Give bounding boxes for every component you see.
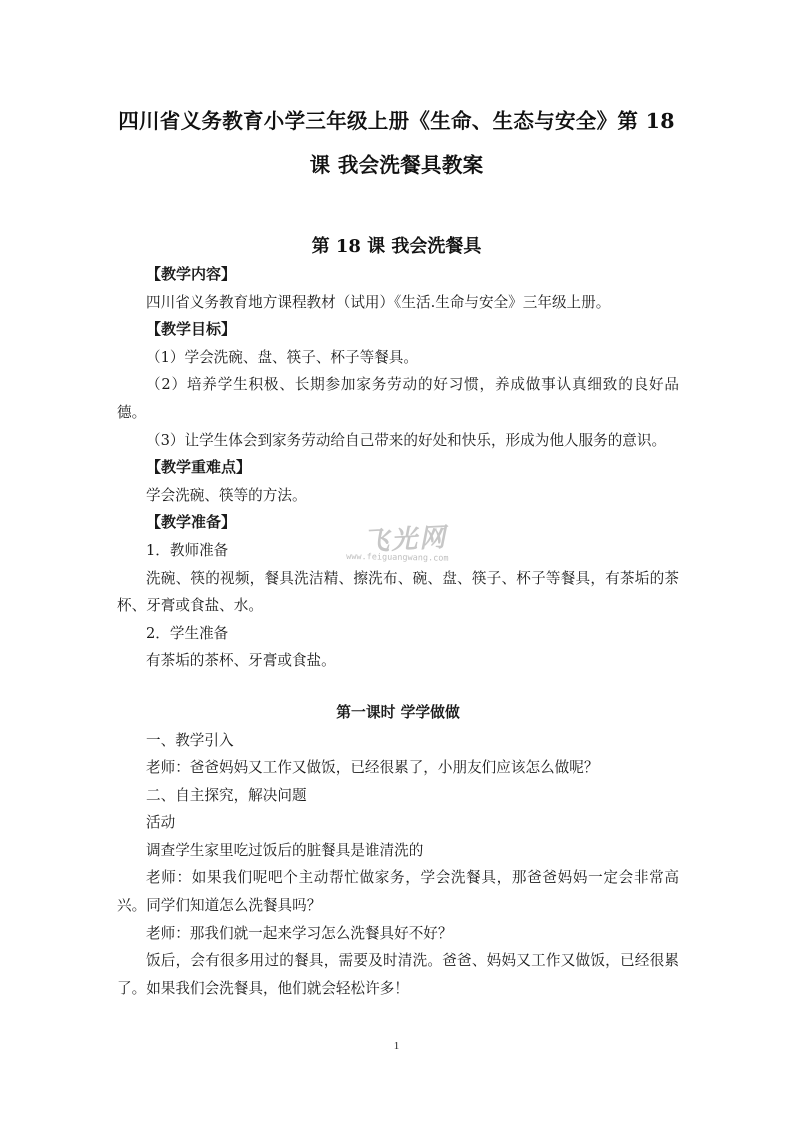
- period-paragraph: 调查学生家里吃过饭后的脏餐具是谁清洗的: [117, 837, 679, 865]
- student-prep-heading: 2．学生准备: [117, 620, 679, 648]
- content-text: 四川省义务教育地方课程教材（试用）《生活.生命与安全》三年级上册。: [117, 289, 679, 317]
- period-paragraph: 老师：爸爸妈妈又工作又做饭，已经很累了，小朋友们应该怎么做呢？: [117, 754, 679, 782]
- period-paragraph: 二、自主探究，解决问题: [117, 782, 679, 810]
- teacher-prep-heading: 1．教师准备: [117, 537, 679, 565]
- section-label-goals: 【教学目标】: [117, 316, 679, 344]
- student-prep-text: 有茶垢的茶杯、牙膏或食盐。: [117, 647, 679, 675]
- goal-item-3: （3）让学生体会到家务劳动给自己带来的好处和快乐，形成为他人服务的意识。: [117, 427, 679, 455]
- section-label-key-points: 【教学重难点】: [117, 454, 679, 482]
- goal-item-2: （2）培养学生积极、长期参加家务劳动的好习惯，养成做事认真细致的良好品德。: [117, 371, 679, 426]
- period-paragraph: 一、教学引入: [117, 727, 679, 755]
- lesson-body: 【教学内容】 四川省义务教育地方课程教材（试用）《生活.生命与安全》三年级上册。…: [117, 261, 679, 1002]
- page-number: 1: [0, 1040, 793, 1052]
- period-paragraph: 老师：那我们就一起来学习怎么洗餐具好不好？: [117, 920, 679, 948]
- section-spacer: [117, 675, 679, 699]
- teacher-prep-text: 洗碗、筷的视频，餐具洗洁精、擦洗布、碗、盘、筷子、杯子等餐具，有茶垢的茶杯、牙膏…: [117, 565, 679, 620]
- period-one-title: 第一课时 学学做做: [117, 699, 679, 727]
- key-points-text: 学会洗碗、筷等的方法。: [117, 482, 679, 510]
- lesson-heading: 第 18 课 我会洗餐具: [0, 232, 793, 258]
- period-paragraph: 饭后，会有很多用过的餐具，需要及时清洗。爸爸、妈妈又工作又做饭，已经很累了。如果…: [117, 947, 679, 1002]
- period-paragraph: 活动: [117, 809, 679, 837]
- goal-item-1: （1）学会洗碗、盘、筷子、杯子等餐具。: [117, 344, 679, 372]
- section-label-preparation: 【教学准备】: [117, 509, 679, 537]
- document-title-line1: 四川省义务教育小学三年级上册《生命、生态与安全》第 18: [100, 104, 693, 134]
- document-title-line2: 课 我会洗餐具教案: [100, 148, 693, 178]
- document-page: 四川省义务教育小学三年级上册《生命、生态与安全》第 18 课 我会洗餐具教案 第…: [0, 0, 793, 1122]
- section-label-content: 【教学内容】: [117, 261, 679, 289]
- period-paragraph: 老师：如果我们呢吧个主动帮忙做家务，学会洗餐具，那爸爸妈妈一定会非常高兴。同学们…: [117, 864, 679, 919]
